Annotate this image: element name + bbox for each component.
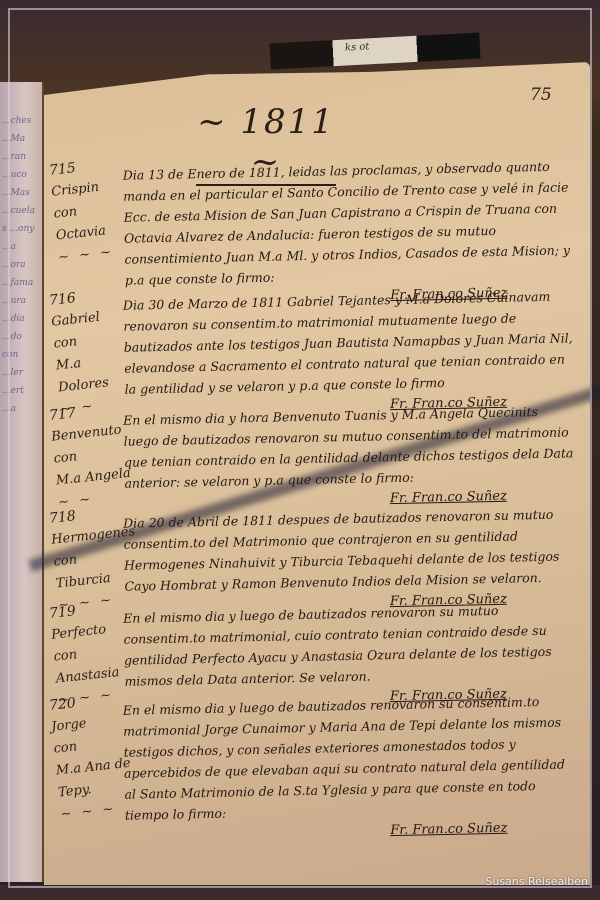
entry-text: Dia 30 de Marzo de 1811 Gabriel Tejantes… — [123, 285, 578, 420]
entry-body: Dia 30 de Marzo de 1811 Gabriel Tejantes… — [123, 289, 573, 397]
bookmark-label: ks ot — [345, 41, 370, 53]
watermark: Susans Reisealben — [485, 875, 588, 888]
entry-body: Dia 13 de Enero de 1811, leidas las proc… — [123, 159, 571, 288]
entry-text: En el mismo dia y luego de bautizados re… — [123, 690, 578, 846]
left-page-text: ...ches ...Ma ...ran ...uco ...Mas ...cu… — [2, 112, 38, 418]
entry-body: En el mismo dia y luego de bautizados re… — [123, 694, 565, 823]
page-number: 75 — [530, 85, 552, 105]
entry-body: En el mismo dia y luego de bautizados re… — [123, 603, 552, 689]
left-page: ...ches ...Ma ...ran ...uco ...Mas ...cu… — [0, 82, 44, 882]
